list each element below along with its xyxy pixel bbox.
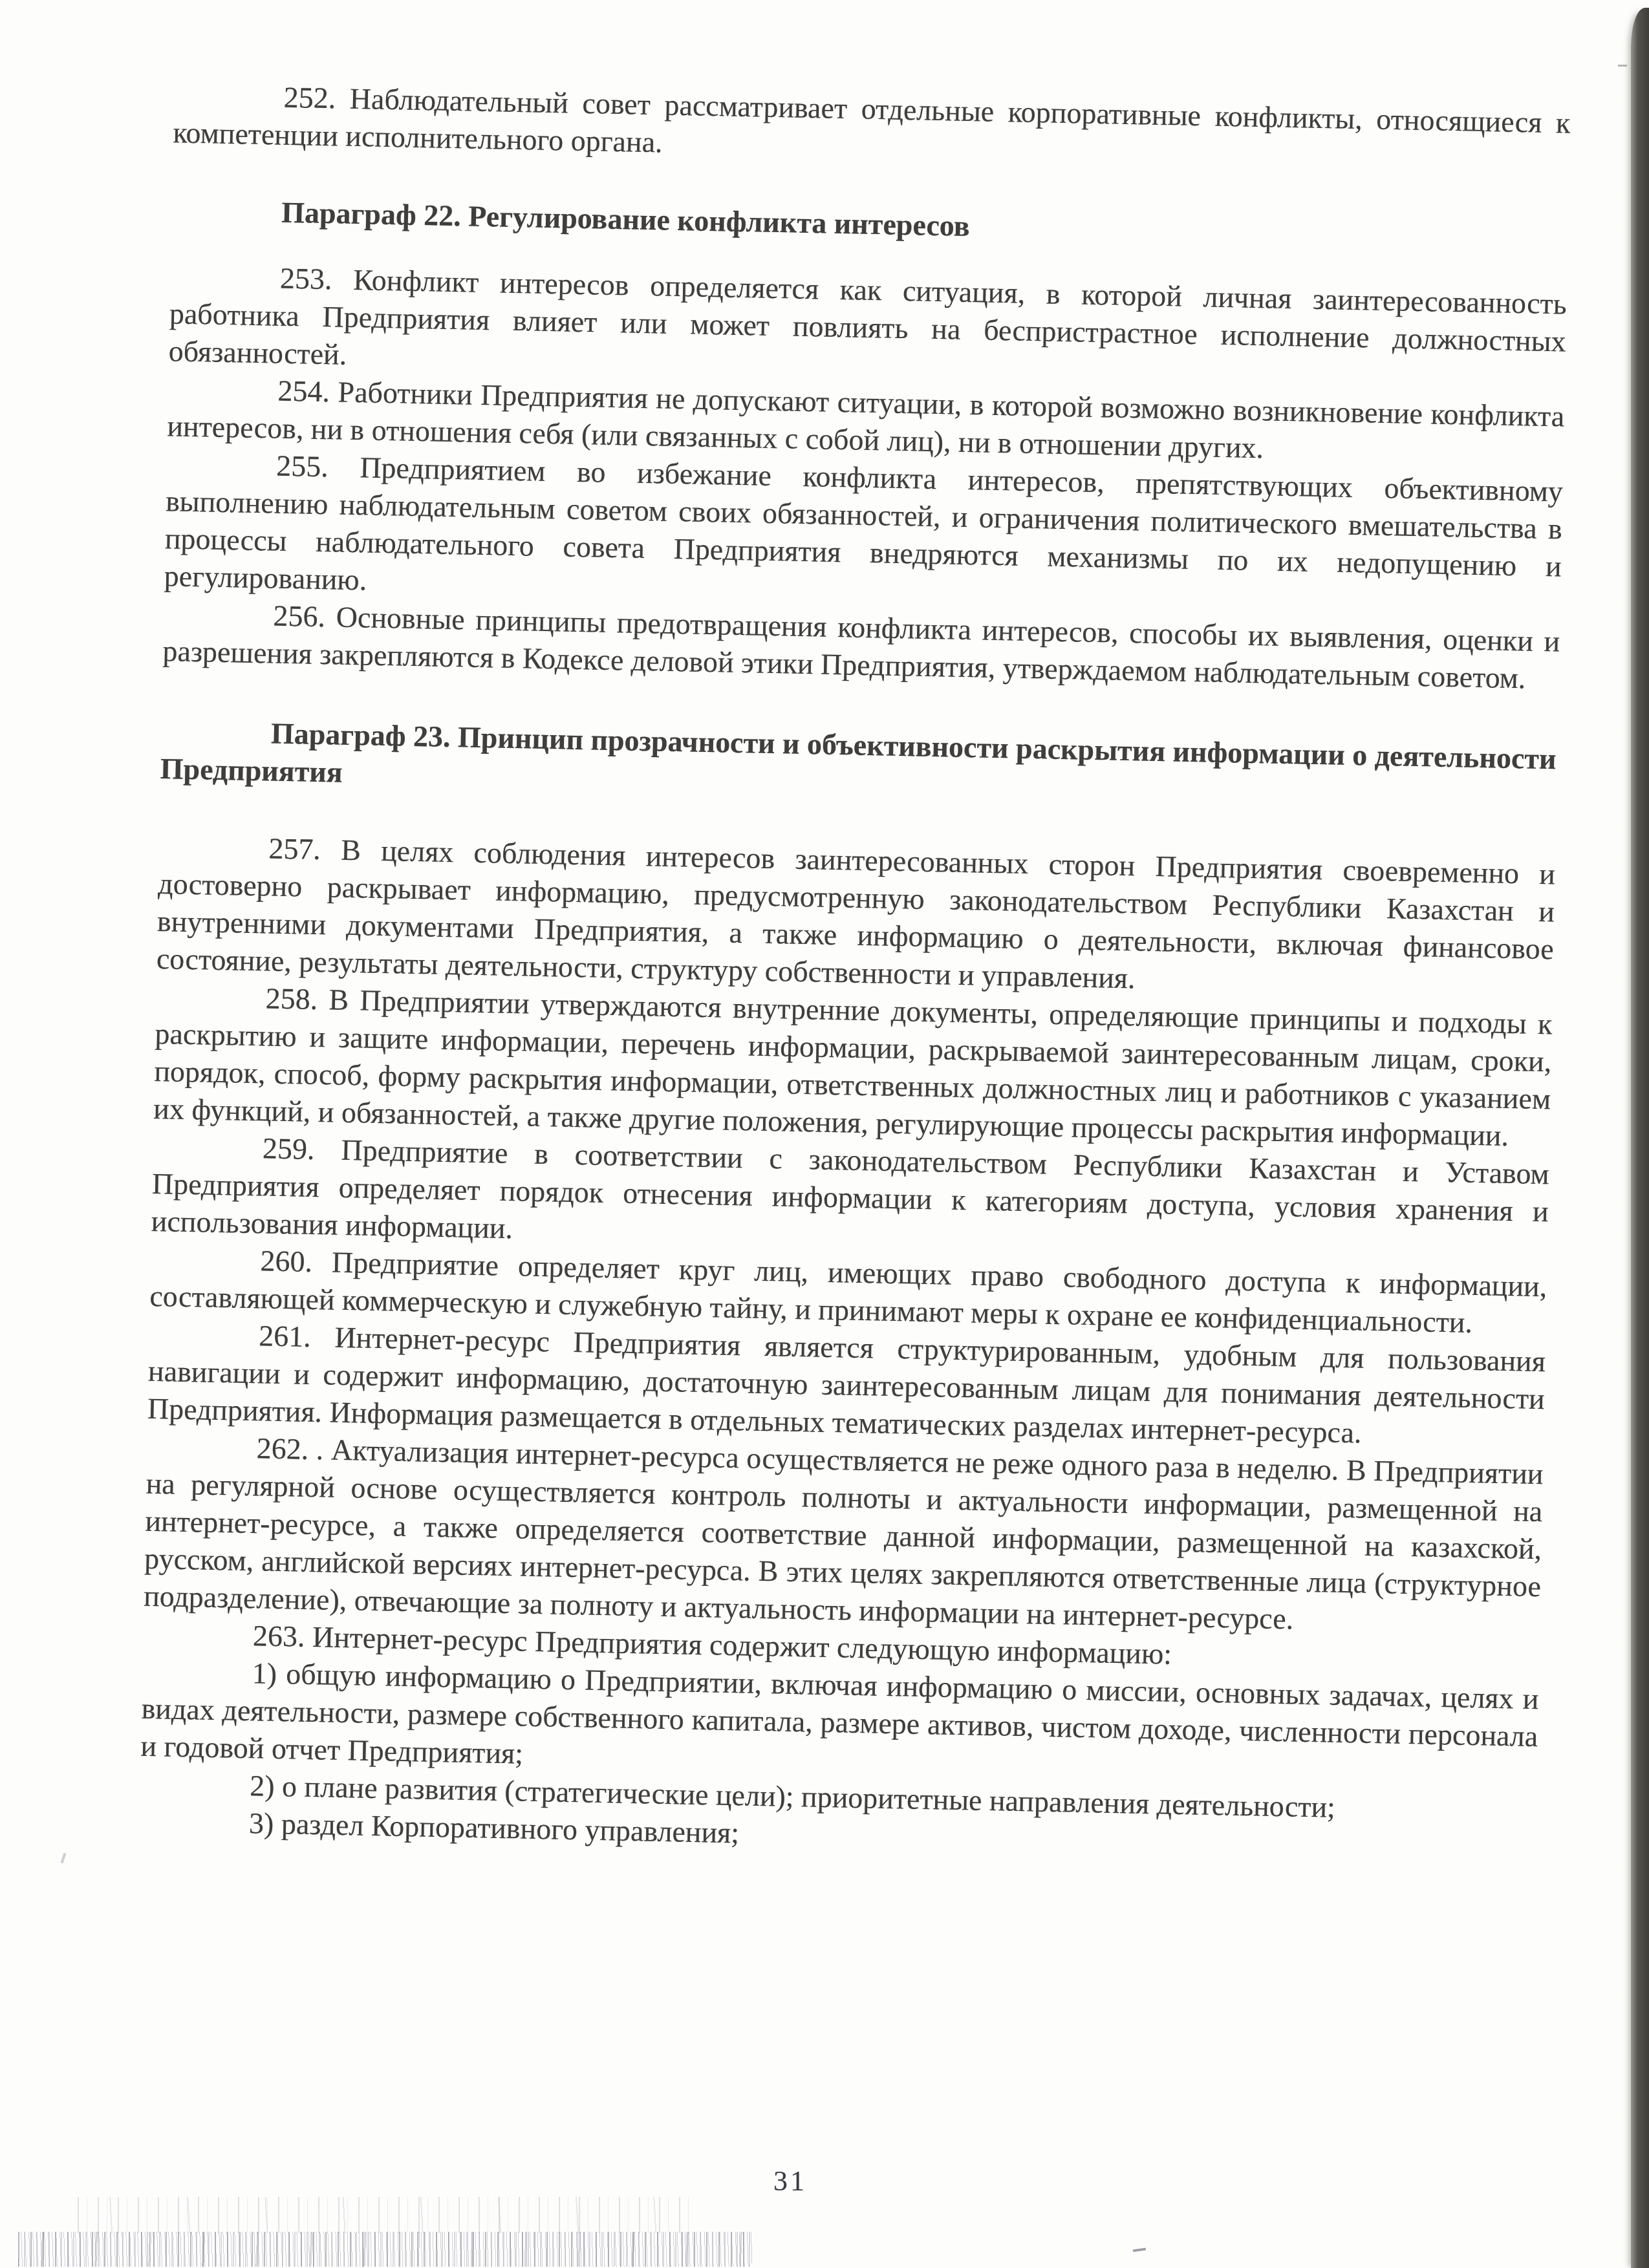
paragraph-257: 257. В целях соблюдения интересов заинте… xyxy=(156,828,1555,1005)
scan-speck-top-right xyxy=(1618,65,1627,67)
document-text-block: 252. Наблюдательный совет рассматривает … xyxy=(139,76,1571,1868)
scanner-edge-shadow xyxy=(1631,8,1649,2268)
heading-paragraph-22: Параграф 22. Регулирование конфликта инт… xyxy=(171,191,1569,257)
scan-speck-bottom xyxy=(1133,2248,1146,2252)
scanned-document-page: 252. Наблюдательный совет рассматривает … xyxy=(0,0,1649,2268)
scan-noise-band xyxy=(18,2232,752,2267)
paragraph-258: 258. В Предприятии утверждаются внутренн… xyxy=(153,978,1553,1155)
paragraph-262: 262. . Актуализация интернет-ресурса осу… xyxy=(144,1428,1544,1643)
page-number: 31 xyxy=(773,2165,807,2198)
paragraph-255: 255. Предприятием во избежание конфликта… xyxy=(164,445,1563,623)
scan-speck-left xyxy=(61,1853,67,1863)
scan-noise-band-upper xyxy=(78,2197,698,2233)
paragraph-252: 252. Наблюдательный совет рассматривает … xyxy=(173,76,1571,179)
heading-paragraph-23: Параграф 23. Принцип прозрачности и объе… xyxy=(160,712,1558,815)
document-text-skew-wrapper: 252. Наблюдательный совет рассматривает … xyxy=(139,76,1571,1868)
